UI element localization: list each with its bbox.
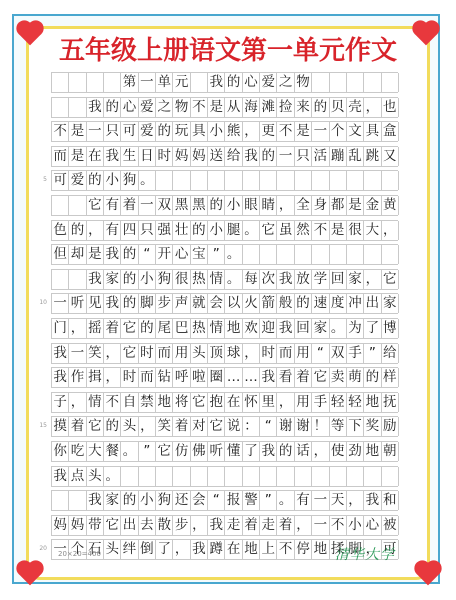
grid-cell (382, 245, 399, 264)
line-number: 10 (33, 299, 47, 306)
grid-cell: 一 (312, 516, 329, 535)
grid-count-label: 20×20=400 (58, 550, 101, 558)
grid-cell: 听 (69, 294, 86, 313)
grid-cell (121, 467, 138, 486)
grid-row: 你吃大餐。”它仿佛听懂了我的话，使劲地朝 (51, 441, 398, 462)
grid-cell: 它 (87, 417, 104, 436)
grid-cell: 着 (69, 417, 86, 436)
grid-cell: 我 (260, 442, 277, 461)
grid-cell: 捡 (277, 98, 294, 117)
grid-cell: 我 (277, 270, 294, 289)
grid-cell: 。 (225, 270, 242, 289)
grid-cell: 我 (52, 467, 69, 486)
grid-cell: 我 (87, 98, 104, 117)
grid-cell: 文 (347, 122, 364, 141)
grid-cell: 只 (104, 122, 121, 141)
grid-cell: 作 (69, 368, 86, 387)
grid-cell (277, 245, 294, 264)
grid-cell: 具 (364, 122, 381, 141)
grid-cell: 虽 (277, 221, 294, 240)
grid-cell: 海 (243, 98, 260, 117)
grid-cell: 用 (173, 344, 190, 363)
grid-cell: 是 (347, 196, 364, 215)
grid-cell (260, 467, 277, 486)
grid-cell: 着 (104, 319, 121, 338)
grid-cell: 它 (191, 393, 208, 412)
grid-cell (173, 467, 190, 486)
grid-cell: 小 (139, 491, 156, 510)
grid-cell: 我 (364, 491, 381, 510)
grid-cell: 它 (104, 516, 121, 535)
grid-cell: 家 (382, 294, 399, 313)
grid-row: 15摸着它的头，笑着对它说：“谢谢！等下奖励 (51, 416, 398, 437)
grid-cell: 带 (87, 516, 104, 535)
grid-cell: 而 (156, 344, 173, 363)
grid-cell: 只 (295, 147, 312, 166)
grid-cell: 手 (312, 393, 329, 412)
grid-cell: ， (69, 319, 86, 338)
grid-cell: 送 (208, 147, 225, 166)
grid-cell: 元 (173, 73, 190, 92)
grid-cell: 来 (295, 98, 312, 117)
grid-row: 子，情不自禁地将它抱在怀里，用手轻轻地抚 (51, 392, 398, 413)
grid-cell: 迎 (260, 319, 277, 338)
grid-row: 色的，有四只强壮的小腿。它虽然不是很大， (51, 220, 398, 241)
grid-cell: 是 (208, 98, 225, 117)
grid-cell: 单 (156, 73, 173, 92)
grid-cell: 它 (156, 442, 173, 461)
grid-cell: 听 (208, 442, 225, 461)
grid-row: 它有着一双黑黑的小眼睛，全身都是金黄 (51, 195, 398, 216)
grid-cell: 的 (225, 73, 242, 92)
grid-cell: 头 (121, 417, 138, 436)
grid-cell: 火 (243, 294, 260, 313)
grid-cell: 笑 (156, 417, 173, 436)
grid-cell: 而 (52, 147, 69, 166)
grid-cell: 双 (330, 344, 347, 363)
grid-cell: 的 (121, 294, 138, 313)
grid-cell: 小 (208, 221, 225, 240)
grid-cell (260, 171, 277, 190)
grid-cell: 禁 (139, 393, 156, 412)
grid-cell: ， (243, 122, 260, 141)
grid-cell: 我 (87, 491, 104, 510)
grid-cell: 只 (139, 221, 156, 240)
grid-cell (364, 467, 381, 486)
grid-cell: 回 (330, 270, 347, 289)
grid-cell: 手 (347, 344, 364, 363)
grid-cell (364, 73, 381, 92)
grid-cell: 头 (104, 540, 121, 559)
grid-cell: ” (208, 245, 225, 264)
grid-cell: 看 (277, 368, 294, 387)
grid-cell: ， (364, 98, 381, 117)
grid-cell: 天 (330, 491, 347, 510)
page-title: 五年级上册语文第一单元作文 (26, 30, 430, 67)
grid-cell: 谢 (277, 417, 294, 436)
grid-cell: 家 (104, 491, 121, 510)
grid-cell: 妈 (52, 516, 69, 535)
grid-cell: 它 (208, 417, 225, 436)
grid-cell: 下 (347, 417, 364, 436)
grid-cell: 每 (243, 270, 260, 289)
grid-cell: 物 (295, 73, 312, 92)
grid-cell: 然 (295, 221, 312, 240)
grid-cell: 佛 (191, 442, 208, 461)
grid-cell: 地 (364, 442, 381, 461)
grid-cell: 巴 (173, 319, 190, 338)
grid-cell: 更 (260, 122, 277, 141)
grid-cell: 一 (87, 122, 104, 141)
grid-cell: 呼 (173, 368, 190, 387)
grid-cell: 般 (277, 294, 294, 313)
grid-cell: 走 (260, 516, 277, 535)
grid-cell (330, 467, 347, 486)
grid-cell (347, 467, 364, 486)
grid-cell: 心 (121, 98, 138, 117)
grid-cell: 大 (87, 442, 104, 461)
grid-cell: ， (191, 516, 208, 535)
grid-cell: ， (312, 442, 329, 461)
grid-cell: 它 (260, 221, 277, 240)
grid-row: 我家的小狗很热情。每次我放学回家，它 (51, 269, 398, 290)
grid-cell: 了 (243, 442, 260, 461)
grid-cell: 。 (139, 171, 156, 190)
grid-cell: 卖 (330, 368, 347, 387)
grid-cell: 我 (277, 319, 294, 338)
grid-cell: 时 (156, 147, 173, 166)
grid-cell: 大 (364, 221, 381, 240)
grid-cell: 盒 (382, 122, 399, 141)
grid-cell: 速 (312, 294, 329, 313)
grid-cell: 生 (121, 147, 138, 166)
grid-cell: 我 (104, 147, 121, 166)
grid-cell (173, 171, 190, 190)
grid-cell: 熊 (225, 122, 242, 141)
grid-cell: 的 (139, 319, 156, 338)
grid-cell: 警 (243, 491, 260, 510)
grid-cell: 时 (260, 344, 277, 363)
grid-row: 我家的小狗还会“报警”。有一天，我和 (51, 490, 398, 511)
grid-cell: 全 (295, 196, 312, 215)
grid-cell: 壳 (347, 98, 364, 117)
grid-cell: 在 (87, 147, 104, 166)
grid-cell: 着 (243, 516, 260, 535)
grid-cell: 停 (295, 540, 312, 559)
grid-cell (382, 467, 399, 486)
grid-cell: 使 (330, 442, 347, 461)
grid-cell: 用 (295, 344, 312, 363)
grid-cell: 很 (173, 270, 190, 289)
grid-cell: 声 (173, 294, 190, 313)
grid-cell: 走 (225, 516, 242, 535)
grid-cell (208, 467, 225, 486)
grid-cell: 贝 (330, 98, 347, 117)
grid-cell: 的 (69, 221, 86, 240)
grid-cell (330, 73, 347, 92)
grid-cell: 时 (121, 368, 138, 387)
grid-cell (295, 245, 312, 264)
grid-cell: 我 (243, 147, 260, 166)
line-number: 5 (33, 176, 47, 183)
grid-cell: 了 (364, 319, 381, 338)
grid-cell: 心 (173, 245, 190, 264)
grid-cell (225, 171, 242, 190)
grid-cell: 个 (330, 122, 347, 141)
grid-cell: 轻 (330, 393, 347, 412)
grid-cell (243, 171, 260, 190)
grid-cell: 热 (191, 270, 208, 289)
grid-cell: 度 (330, 294, 347, 313)
grid-cell: 狗 (121, 171, 138, 190)
grid-cell: 等 (330, 417, 347, 436)
grid-cell: 不 (52, 122, 69, 141)
grid-cell: 给 (225, 147, 242, 166)
grid-cell: 爱 (139, 122, 156, 141)
grid-cell (191, 171, 208, 190)
grid-cell: 地 (156, 393, 173, 412)
grid-cell: 而 (277, 344, 294, 363)
grid-row: 不是一只可爱的玩具小熊，更不是一个文具盒 (51, 121, 398, 142)
grid-cell: 顶 (208, 344, 225, 363)
grid-cell: 钻 (156, 368, 173, 387)
grid-cell: 绊 (121, 540, 138, 559)
grid-row: 妈妈带它出去散步，我走着走着，一不小心被 (51, 515, 398, 536)
grid-cell: 见 (87, 294, 104, 313)
grid-cell: 里 (260, 393, 277, 412)
grid-cell: “ (208, 491, 225, 510)
grid-cell: 跳 (364, 147, 381, 166)
grid-cell: ， (104, 368, 121, 387)
grid-cell: 次 (260, 270, 277, 289)
grid-cell: ， (243, 344, 260, 363)
grid-cell: 从 (225, 98, 242, 117)
grid-cell: 它 (312, 368, 329, 387)
grid-cell: 它 (382, 270, 399, 289)
grid-cell: 圈 (208, 368, 225, 387)
grid-cell (225, 467, 242, 486)
grid-cell: 第 (121, 73, 138, 92)
grid-cell: 也 (382, 98, 399, 117)
grid-cell: 蹲 (208, 540, 225, 559)
grid-cell: 活 (312, 147, 329, 166)
grid-cell (312, 245, 329, 264)
grid-cell: 蹦 (330, 147, 347, 166)
grid-cell: 爱 (69, 171, 86, 190)
grid-cell: 一 (52, 294, 69, 313)
grid-row: 我的心爱之物不是从海滩捡来的贝壳，也 (51, 97, 398, 118)
grid-cell (69, 196, 86, 215)
grid-cell: 着 (173, 417, 190, 436)
grid-cell: 的 (121, 491, 138, 510)
grid-cell: ， (104, 344, 121, 363)
grid-cell: 冲 (347, 294, 364, 313)
grid-cell: 时 (139, 344, 156, 363)
grid-cell: 滩 (260, 98, 277, 117)
grid-cell: 谢 (295, 417, 312, 436)
grid-cell: ， (277, 196, 294, 215)
grid-cell: 不 (191, 98, 208, 117)
grid-cell: 的 (312, 98, 329, 117)
grid-cell: 会 (191, 491, 208, 510)
grid-cell: … (225, 368, 242, 387)
grid-cell: 头 (87, 467, 104, 486)
grid-cell: 一 (312, 491, 329, 510)
grid-cell: ： (243, 417, 260, 436)
grid-cell: ， (277, 393, 294, 412)
grid-cell: ， (139, 417, 156, 436)
grid-cell: 的 (364, 368, 381, 387)
grid-cell: 笑 (87, 344, 104, 363)
grid-row: 而是在我生日时妈妈送给我的一只活蹦乱跳又 (51, 146, 398, 167)
grid-cell: 博 (382, 319, 399, 338)
grid-cell: 啦 (191, 368, 208, 387)
brand-logo: 清华大学 (335, 544, 395, 564)
grid-cell: 不 (312, 221, 329, 240)
grid-cell (277, 467, 294, 486)
grid-cell: ， (87, 221, 104, 240)
grid-cell: 物 (173, 98, 190, 117)
grid-cell: 妈 (69, 516, 86, 535)
grid-cell: 小 (208, 122, 225, 141)
grid-cell: 轻 (347, 393, 364, 412)
grid-cell: 是 (69, 122, 86, 141)
grid-cell: 就 (191, 294, 208, 313)
grid-cell: 小 (225, 196, 242, 215)
grid-cell: 宝 (191, 245, 208, 264)
grid-cell: 的 (156, 122, 173, 141)
grid-cell (52, 73, 69, 92)
grid-cell: 心 (364, 516, 381, 535)
grid-cell (330, 245, 347, 264)
grid-cell: 地 (225, 319, 242, 338)
grid-cell (347, 245, 364, 264)
grid-cell: 不 (277, 122, 294, 141)
grid-cell: 吃 (69, 442, 86, 461)
grid-cell: 我 (260, 368, 277, 387)
grid-cell: 不 (277, 540, 294, 559)
grid-cell: 家 (347, 270, 364, 289)
grid-cell (295, 467, 312, 486)
grid-cell (312, 467, 329, 486)
grid-cell: 一 (139, 196, 156, 215)
grid-cell: 地 (243, 540, 260, 559)
grid-cell: 样 (382, 368, 399, 387)
grid-row: 5可爱的小狗。 (51, 170, 398, 191)
grid-cell: 的 (121, 270, 138, 289)
grid-cell: 有 (295, 491, 312, 510)
grid-cell: 的 (87, 171, 104, 190)
grid-cell: 我 (52, 368, 69, 387)
grid-cell: 箭 (260, 294, 277, 313)
grid-cell (364, 245, 381, 264)
grid-cell: 的 (277, 442, 294, 461)
grid-cell (277, 171, 294, 190)
grid-cell (208, 171, 225, 190)
grid-cell: 一 (69, 344, 86, 363)
grid-cell: 睛 (260, 196, 277, 215)
grid-cell: 它 (121, 344, 138, 363)
grid-cell (191, 467, 208, 486)
grid-cell (347, 171, 364, 190)
grid-row: 门，摇着它的尾巴热情地欢迎我回家。为了博 (51, 318, 398, 339)
grid-cell: 欢 (243, 319, 260, 338)
grid-cell (364, 171, 381, 190)
grid-cell (104, 73, 121, 92)
grid-cell: 在 (225, 393, 242, 412)
grid-cell: 将 (173, 393, 190, 412)
grid-cell: 仿 (173, 442, 190, 461)
grid-cell: ， (295, 516, 312, 535)
grid-cell (295, 171, 312, 190)
grid-cell: 狗 (156, 491, 173, 510)
grid-cell: 被 (382, 516, 399, 535)
grid-cell: 着 (295, 368, 312, 387)
grid-cell: 子 (52, 393, 69, 412)
grid-cell (87, 73, 104, 92)
grid-cell: 自 (121, 393, 138, 412)
grid-cell: 身 (312, 196, 329, 215)
grid-cell: 是 (87, 245, 104, 264)
grid-cell: 励 (382, 417, 399, 436)
grid-cell: 上 (260, 540, 277, 559)
grid-cell: 散 (156, 516, 173, 535)
grid-cell: 步 (173, 516, 190, 535)
grid-cell: 腿 (225, 221, 242, 240)
grid-cell: 日 (139, 147, 156, 166)
grid-cell: 又 (382, 147, 399, 166)
grid-cell: ” (260, 491, 277, 510)
grid-cell: 我 (87, 270, 104, 289)
grid-cell: 我 (104, 245, 121, 264)
grid-cell: 尾 (156, 319, 173, 338)
grid-cell: 球 (225, 344, 242, 363)
grid-cell: 乱 (347, 147, 364, 166)
grid-cell: 有 (104, 221, 121, 240)
grid-row: 10一听见我的脚步声就会以火箭般的速度冲出家 (51, 293, 398, 314)
grid-cell: 门 (52, 319, 69, 338)
grid-cell: 却 (69, 245, 86, 264)
grid-cell: 眼 (243, 196, 260, 215)
grid-cell (330, 171, 347, 190)
grid-cell: 出 (364, 294, 381, 313)
grid-cell: 狗 (156, 270, 173, 289)
grid-cell: 我 (208, 73, 225, 92)
grid-cell: ！ (312, 417, 329, 436)
grid-cell: 出 (121, 516, 138, 535)
line-number: 15 (33, 422, 47, 429)
grid-cell: 有 (104, 196, 121, 215)
grid-cell: 金 (364, 196, 381, 215)
grid-cell: 劲 (347, 442, 364, 461)
grid-cell: 我 (208, 516, 225, 535)
grid-cell: 小 (139, 270, 156, 289)
grid-cell: 的 (104, 417, 121, 436)
grid-cell: 情 (208, 319, 225, 338)
grid-cell: 抱 (208, 393, 225, 412)
grid-cell: 还 (173, 491, 190, 510)
grid-cell: 揖 (87, 368, 104, 387)
grid-cell: 的 (121, 245, 138, 264)
grid-cell: 壮 (173, 221, 190, 240)
grid-cell: 。 (277, 491, 294, 510)
grid-cell: 。 (121, 442, 138, 461)
grid-cell: 可 (52, 171, 69, 190)
grid-cell: 学 (312, 270, 329, 289)
grid-cell: ” (364, 344, 381, 363)
grid-cell (52, 98, 69, 117)
grid-cell: 奖 (364, 417, 381, 436)
